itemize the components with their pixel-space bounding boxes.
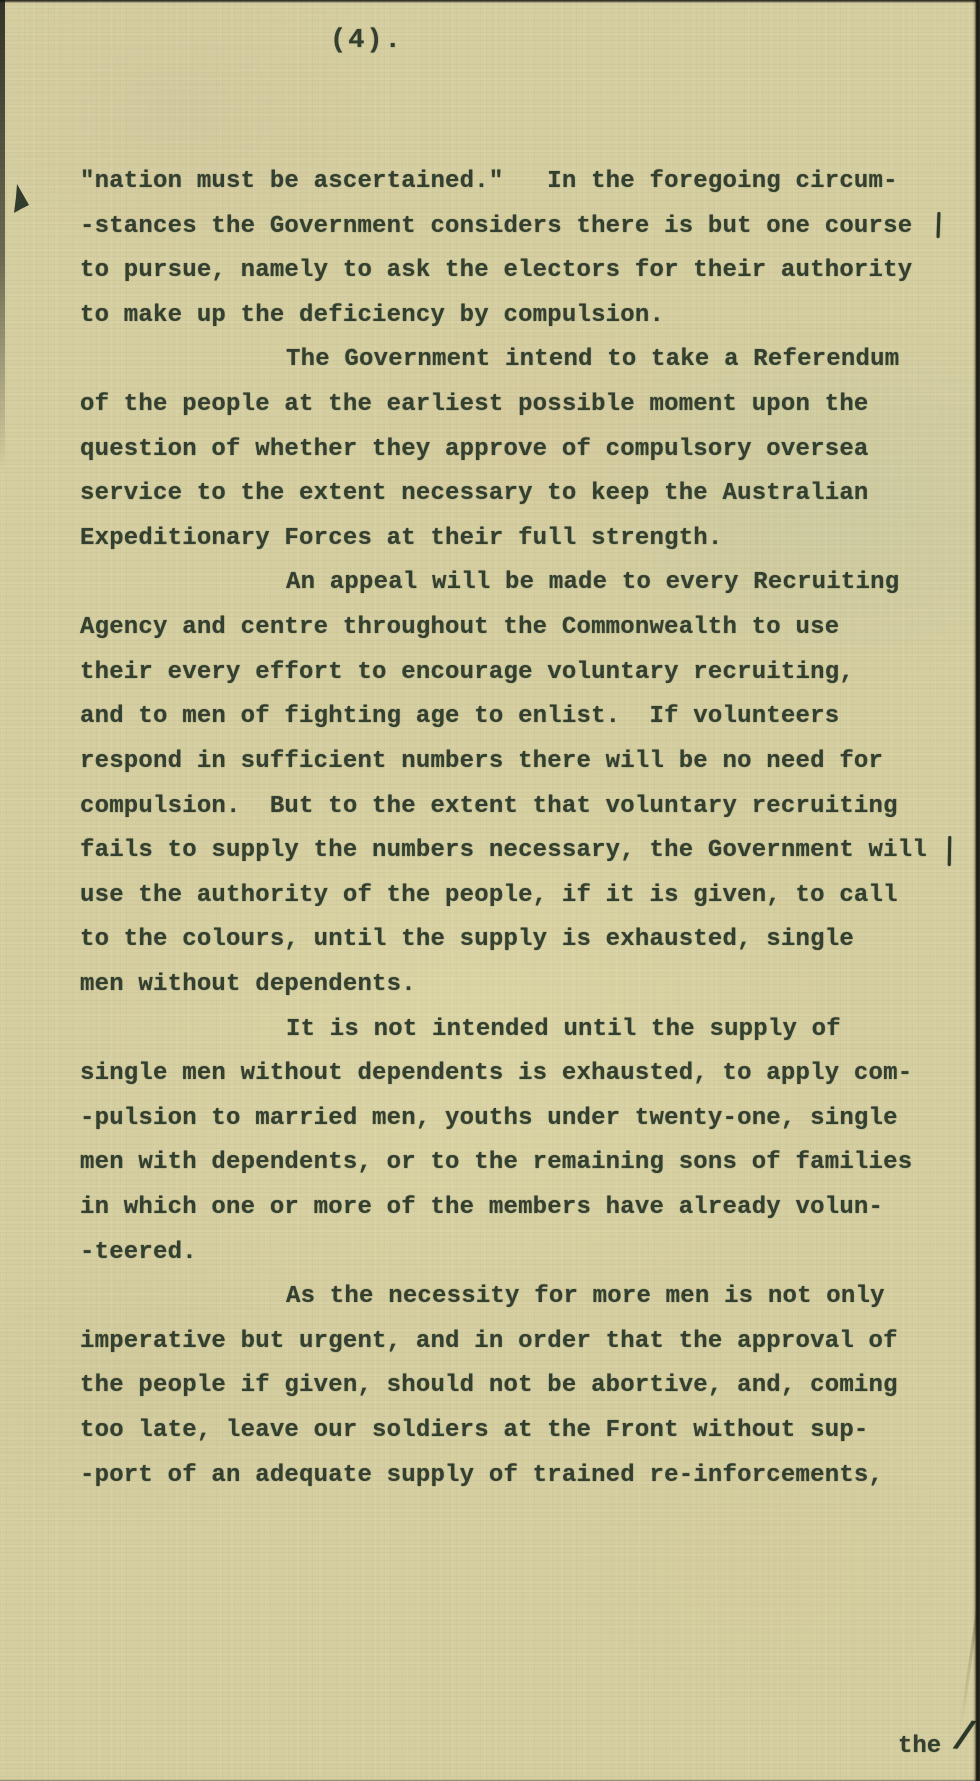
text-line: in which one or more of the members have… — [80, 1186, 960, 1231]
catchword: the — [898, 1727, 941, 1767]
text-line: to make up the deficiency by compulsion. — [80, 294, 960, 339]
text-line: -port of an adequate supply of trained r… — [80, 1454, 960, 1499]
text-line: -teered. — [80, 1231, 960, 1276]
text-line: service to the extent necessary to keep … — [80, 472, 960, 517]
text-line: to the colours, until the supply is exha… — [80, 918, 960, 963]
text-line: their every effort to encourage voluntar… — [80, 651, 960, 696]
document-lines: "nation must be ascertained." In the for… — [80, 160, 960, 1498]
paper-sheet: (4). "nation must be ascertained." In th… — [0, 0, 980, 1781]
text-line: men with dependents, or to the remaining… — [80, 1141, 960, 1186]
text-line: -stances the Government considers there … — [80, 205, 960, 250]
text-line: respond in sufficient numbers there will… — [80, 740, 960, 785]
text-line: As the necessity for more men is not onl… — [80, 1275, 960, 1320]
margin-arrow-mark — [10, 183, 32, 219]
page-edge-shadow-top — [0, 0, 980, 3]
text-line: question of whether they approve of comp… — [80, 428, 960, 473]
text-line: the people if given, should not be abort… — [80, 1364, 960, 1409]
page-edge-shadow-left — [0, 0, 5, 470]
page-edge-shadow-right — [973, 0, 980, 1781]
text-line: men without dependents. — [80, 963, 960, 1008]
text-line: single men without dependents is exhaust… — [80, 1052, 960, 1097]
text-line: too late, leave our soldiers at the Fron… — [80, 1409, 960, 1454]
text-line: An appeal will be made to every Recruiti… — [80, 561, 960, 606]
text-line: Expeditionary Forces at their full stren… — [80, 517, 960, 562]
text-line: compulsion. But to the extent that volun… — [80, 785, 960, 830]
text-line: use the authority of the people, if it i… — [80, 874, 960, 919]
text-line: "nation must be ascertained." In the for… — [80, 160, 960, 205]
text-line: fails to supply the numbers necessary, t… — [80, 829, 960, 874]
page-number: (4). — [330, 26, 403, 56]
text-line: and to men of fighting age to enlist. If… — [80, 695, 960, 740]
text-line: to pursue, namely to ask the electors fo… — [80, 249, 960, 294]
pen-tick-mark — [948, 836, 952, 866]
text-line: imperative but urgent, and in order that… — [80, 1320, 960, 1365]
text-line: The Government intend to take a Referend… — [80, 338, 960, 383]
text-line: -pulsion to married men, youths under tw… — [80, 1097, 960, 1142]
text-line: Agency and centre throughout the Commonw… — [80, 606, 960, 651]
text-line: of the people at the earliest possible m… — [80, 383, 960, 428]
text-line: It is not intended until the supply of — [80, 1008, 960, 1053]
